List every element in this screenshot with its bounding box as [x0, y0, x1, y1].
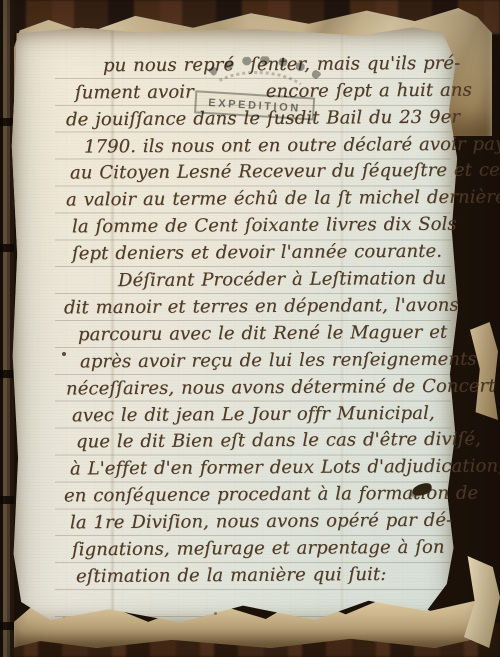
handwriting-line: avec le dit jean Le Jour offr Municipal,: [72, 403, 435, 428]
expedition-stamp: EXPEDITION: [182, 51, 335, 136]
handwriting-line: parcouru avec le dit René le Maguer et: [78, 322, 447, 347]
ink-speck: [62, 352, 66, 356]
handwriting-line: ſept deniers et devoir l'année courante.: [72, 241, 442, 266]
handwriting-line: Déſirant Procéder à Leſtimation du: [118, 268, 446, 292]
handwriting-line: 1790. ils nous ont en outre déclaré avoi…: [84, 133, 500, 158]
handwriting-line: dit manoir et terres en dépendant, l'avo…: [64, 295, 459, 320]
handwriting-line: néceſſaires, nous avons déterminé de Con…: [66, 376, 496, 401]
handwriting-line: après avoir reçu de lui les renſeignemen…: [80, 349, 477, 374]
handwriting-line: a valoir au terme échû de la ſt michel d…: [66, 186, 500, 211]
handwriting-line: à L'effet d'en former deux Lots d'adjudi…: [70, 455, 500, 480]
ink-speck: [214, 612, 217, 615]
handwriting-line: la ſomme de Cent ſoixante livres dix Sol…: [72, 214, 457, 239]
stamp-label: EXPEDITION: [208, 97, 301, 115]
handwriting-segment: ſument avoir: [75, 82, 194, 104]
photo-of-manuscript: pu nous repréſenter, mais qu'ils pré- ſu…: [0, 0, 500, 657]
handwriting-line: au Citoyen Lesné Receveur du ſéqueſtre e…: [70, 159, 500, 184]
handwriting-line: que le dit Bien eſt dans le cas d'être d…: [76, 429, 481, 454]
handwriting-line: eſtimation de la manière qui ſuit:: [76, 564, 387, 588]
handwriting-line: la 1re Diviſion, nous avons opéré par dé…: [70, 510, 452, 535]
handwriting-layer: pu nous repréſenter, mais qu'ils pré- ſu…: [0, 0, 500, 657]
handwriting-line: ſignations, meſurage et arpentage à ſon: [72, 537, 445, 562]
